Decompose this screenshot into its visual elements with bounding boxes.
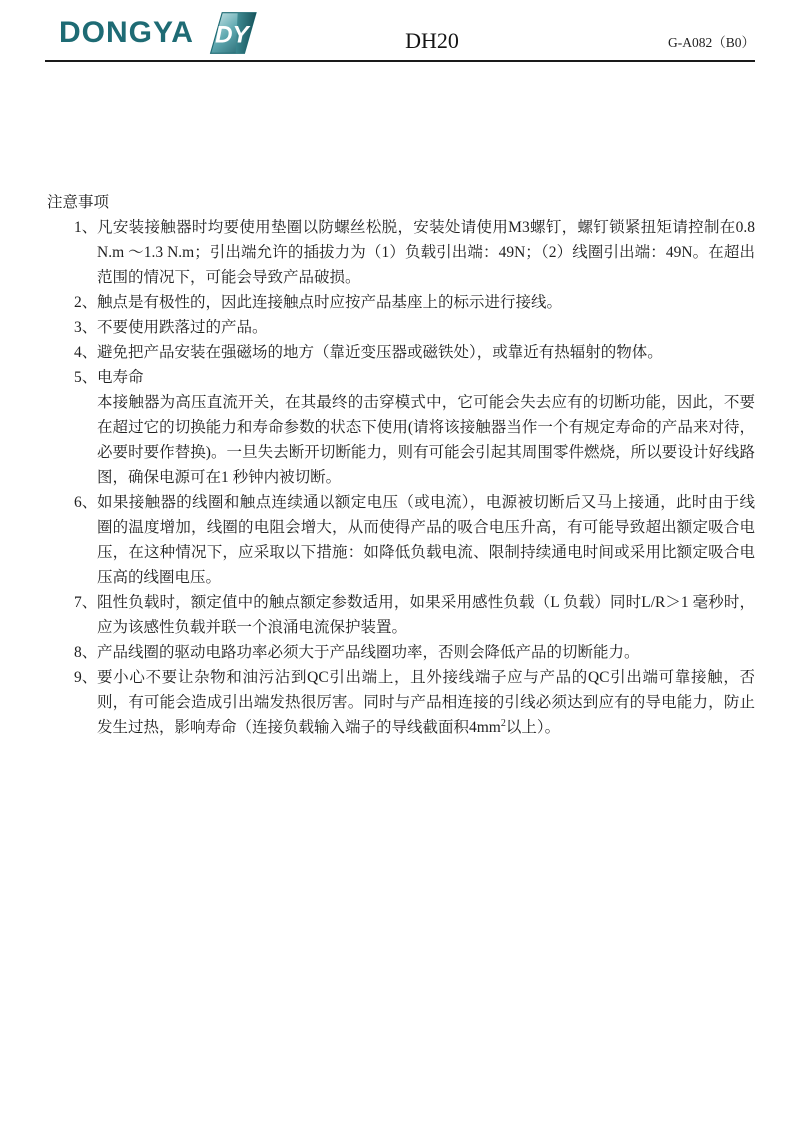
section-heading: 注意事项 [47,190,755,215]
document-header: DONGYA DY DH20 G-A08 [45,0,755,62]
document-number: G-A082（B0） [668,36,755,50]
notice-item-4: 4、避免把产品安装在强磁场的地方（靠近变压器或磁铁处），或靠近有热辐射的物体。 [47,340,755,365]
item-text: 避免把产品安装在强磁场的地方（靠近变压器或磁铁处），或靠近有热辐射的物体。 [97,344,663,361]
item-text: 阻性负载时，额定值中的触点额定参数适用，如果采用感性负载（L 负载）同时L/R＞… [97,594,755,636]
notice-item-1: 1、凡安装接触器时均要使用垫圈以防螺丝松脱，安装处请使用M3螺钉，螺钉锁紧扭矩请… [47,215,755,290]
notice-section: 注意事项 1、凡安装接触器时均要使用垫圈以防螺丝松脱，安装处请使用M3螺钉，螺钉… [47,62,755,740]
item-number: 7、 [74,590,97,615]
item-number: 2、 [74,290,97,315]
dongya-logo-icon: DY [199,11,257,55]
item-number: 3、 [74,315,97,340]
item-text: 触点是有极性的，因此连接触点时应按产品基座上的标示进行接线。 [97,294,562,311]
item-text: 要小心不要让杂物和油污沾到QC引出端上，且外接线端子应与产品的QC引出端可靠接触… [97,669,755,736]
notice-item-7: 7、阻性负载时，额定值中的触点额定参数适用，如果采用感性负载（L 负载）同时L/… [47,590,755,640]
item-number: 4、 [74,340,97,365]
notice-item-6: 6、如果接触器的线圈和触点连续通以额定电压（或电流），电源被切断后又马上接通，此… [47,490,755,590]
logo-mark-text: DY [215,22,250,49]
document-page: DONGYA DY DH20 G-A08 [0,0,800,1131]
notice-item-5: 5、电寿命 本接触器为高压直流开关，在其最终的击穿模式中，它可能会失去应有的切断… [47,365,755,490]
item-text: 如果接触器的线圈和触点连续通以额定电压（或电流），电源被切断后又马上接通，此时由… [97,494,755,586]
notice-item-2: 2、触点是有极性的，因此连接触点时应按产品基座上的标示进行接线。 [47,290,755,315]
notice-item-9: 9、要小心不要让杂物和油污沾到QC引出端上，且外接线端子应与产品的QC引出端可靠… [47,665,755,740]
item-number: 1、 [74,215,97,240]
dongya-logo: DONGYA DY [59,11,257,55]
notice-item-3: 3、不要使用跌落过的产品。 [47,315,755,340]
item-number: 9、 [74,665,97,690]
item-number: 6、 [74,490,97,515]
item-text: 产品线圈的驱动电路功率必须大于产品线圈功率，否则会降低产品的切断能力。 [97,644,640,661]
item-text: 不要使用跌落过的产品。 [97,319,268,336]
item-text: 以上）。 [506,719,560,736]
item-body: 本接触器为高压直流开关，在其最终的击穿模式中，它可能会失去应有的切断功能，因此，… [97,390,755,490]
item-text: 凡安装接触器时均要使用垫圈以防螺丝松脱，安装处请使用M3螺钉，螺钉锁紧扭矩请控制… [97,219,755,286]
item-number: 8、 [74,640,97,665]
notice-item-8: 8、产品线圈的驱动电路功率必须大于产品线圈功率，否则会降低产品的切断能力。 [47,640,755,665]
item-number: 5、 [74,365,97,390]
brand-wordmark: DONGYA [59,11,194,55]
item-text: 电寿命 [97,369,144,386]
page-title: DH20 [405,30,459,52]
